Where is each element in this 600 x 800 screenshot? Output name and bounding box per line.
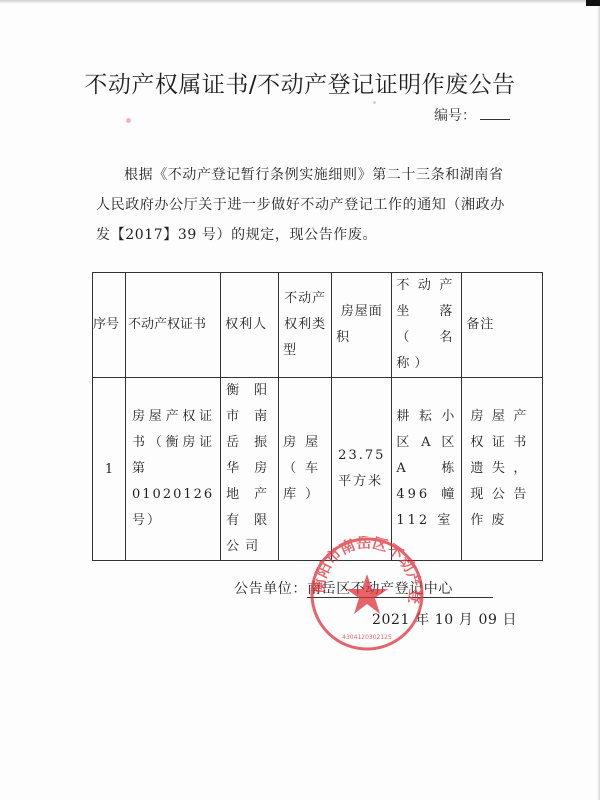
cell-location: 耕耘小区 A 区 A 栋 496 幢 112 室 — [392, 378, 462, 561]
header-location: 不动产坐落（名称） — [392, 273, 462, 378]
serial-number: 编号： — [434, 105, 510, 125]
serial-label: 编号： — [434, 108, 476, 124]
cell-certificate: 房屋产权证书（衡房证第 01020126 号） — [126, 378, 221, 561]
scan-speck — [373, 101, 376, 104]
header-right-type: 不动产权利类型 — [279, 273, 332, 378]
issuer-label: 公告单位： — [234, 581, 307, 597]
cell-remark: 房屋产权证书遗失，现公告作废 — [462, 378, 543, 561]
serial-blank — [480, 107, 510, 120]
cell-right-type: 房屋（车库） — [279, 378, 332, 561]
issuer-line: 公告单位：南岳区不动产登记中心 — [234, 578, 493, 598]
void-certificate-table: 序号 不动产权证书 权利人 不动产权利类型 房屋面积 不动产坐落（名称） 备注 … — [92, 272, 543, 561]
header-index: 序号 — [93, 273, 126, 378]
cell-area: 23.75 平方米 — [332, 378, 392, 561]
scan-edge-top — [0, 0, 600, 4]
page-title: 不动产权属证书/不动产登记证明作废公告 — [0, 66, 600, 99]
notice-body: 根据《不动产登记暂行条例实施细则》第二十三条和湖南省人民政府办公厅关于进一步做好… — [96, 160, 516, 250]
cell-owner: 衡阳市南岳振华房地产有限公司 — [221, 378, 279, 561]
header-owner: 权利人 — [221, 273, 279, 378]
cell-index: 1 — [93, 378, 126, 561]
scan-corner — [586, 0, 600, 6]
issuer-name: 南岳区不动产登记中心 — [307, 581, 493, 598]
table-header-row: 序号 不动产权证书 权利人 不动产权利类型 房屋面积 不动产坐落（名称） 备注 — [93, 273, 543, 378]
table-row: 1 房屋产权证书（衡房证第 01020126 号） 衡阳市南岳振华房地产有限公司… — [93, 378, 543, 561]
header-certificate: 不动产权证书 — [126, 273, 221, 378]
header-remark: 备注 — [462, 273, 543, 378]
svg-text:4304120302125: 4304120302125 — [342, 634, 392, 641]
header-area: 房屋面积 — [332, 273, 392, 378]
issue-date: 2021 年 10 月 09 日 — [372, 609, 517, 629]
scan-speck — [126, 118, 131, 123]
